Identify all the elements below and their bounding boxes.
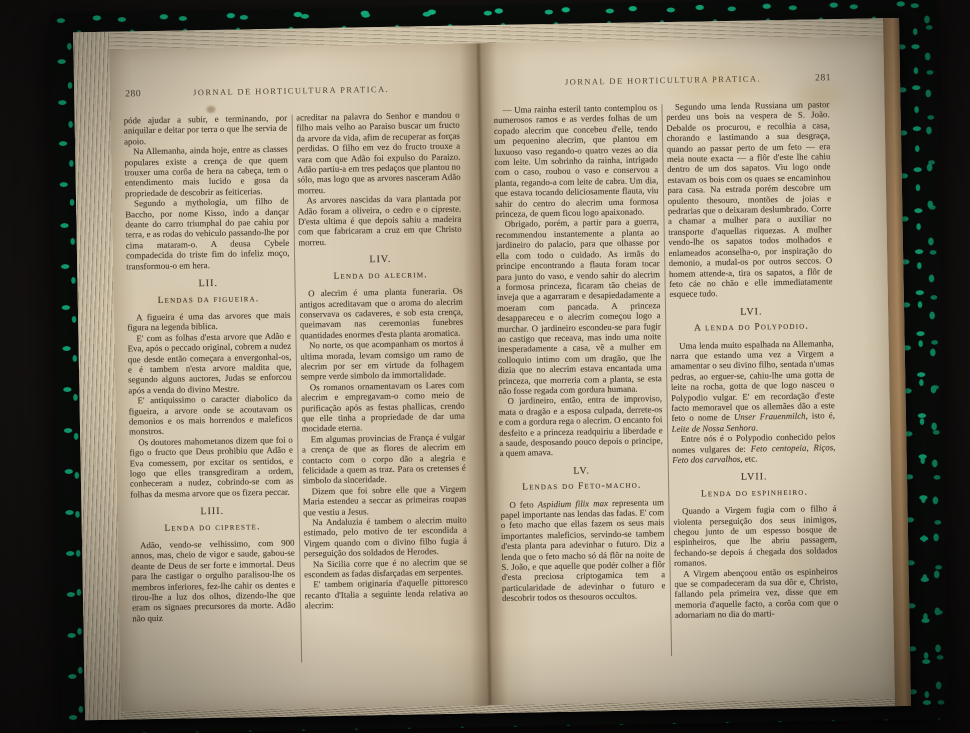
open-spread: 280 JORNAL DE HORTICULTURA PRATICA. póde… [109,36,894,711]
right-running-header-text: JORNAL DE HORTICULTURA PRATICA. [565,74,761,86]
section-number: LIV. [299,254,463,267]
section-number: LII. [126,278,290,291]
paragraph: As arvores nascidas da vara plantada por… [297,193,461,248]
paragraph: Entre nós é o Polypodio conhecido pelos … [672,431,836,465]
text-column: — Uma rainha esteril tanto contemplou os… [493,102,666,667]
paragraph: acreditar na palavra do Senhor e mandou … [296,110,461,196]
paragraph: Em algumas provincias de França é vulgar… [302,431,466,486]
paragraph: Dizem que foi sobre elle que a Virgem Ma… [303,483,467,517]
paragraph: Na Andaluzia é tambem o alecrim muito es… [303,515,467,559]
text-column: póde ajudar a subir, e terminando, por a… [124,113,297,674]
page-speck [206,106,215,113]
open-book: 280 JORNAL DE HORTICULTURA PRATICA. póde… [49,0,949,733]
paragraph: O alecrim é uma planta funeraria. Os ant… [299,286,463,341]
left-page-number: 280 [125,88,141,99]
section-number: LVII. [672,472,836,485]
paragraph: A Virgem abençoou então os espinheiros q… [674,566,838,621]
photo-background: 280 JORNAL DE HORTICULTURA PRATICA. póde… [0,0,970,733]
paragraph: E' antiquissimo o caracter diabolico da … [128,393,292,437]
right-page-number: 281 [815,72,831,83]
paragraph: Uma lenda muito espalhada na Allemanha, … [670,338,835,434]
section-title: Lendas do Feto-macho. [500,480,664,493]
paragraph: Na Sicilia corre que é no alecrim que se… [304,556,468,580]
right-page-columns: — Uma rainha esteril tanto contemplou os… [493,99,843,667]
paragraph: póde ajudar a subir, e terminando, por a… [124,113,288,147]
section-number: LVI. [670,306,834,319]
right-running-header: JORNAL DE HORTICULTURA PRATICA. 281 [493,73,833,88]
paragraph: Os doutores mahometanos dizem que foi o … [129,434,294,499]
paragraph: Obrigado, porém, a partir para a guerra,… [495,217,662,397]
section-number: LIII. [130,506,294,519]
text-column: Segundo uma lenda Russiana um pastor per… [666,99,839,664]
left-page: 280 JORNAL DE HORTICULTURA PRATICA. póde… [109,43,488,711]
paragraph: Os romanos ornamentavam os Lares com ale… [301,379,465,434]
section-number: LV. [500,465,664,478]
paragraph: Na Allemanha, ainda hoje, entre as class… [124,144,288,199]
paragraph: A figueira é uma das arvores que mais fi… [127,310,291,334]
paragraph: Segundo uma lenda Russiana um pastor per… [666,99,833,300]
page-stack: 280 JORNAL DE HORTICULTURA PRATICA. póde… [73,18,911,720]
left-running-header-text: JORNAL DE HORTICULTURA PRATICA. [193,85,389,97]
section-title: Lenda do cipreste. [131,521,295,534]
paragraph: E' tambem originaria d'aquelle pittoresc… [304,577,468,611]
paragraph: Quando a Virgem fugia com o filho á viol… [673,503,838,568]
paragraph: No norte, os que acompanham os mortos á … [300,338,464,382]
section-title: Lendas da figueira. [127,293,291,306]
section-title: A lenda do Polypodio. [670,321,834,334]
paragraph: E' com as folhas d'esta arvore que Adão … [127,330,292,395]
section-title: Lenda do alecrim. [299,269,463,282]
right-page: JORNAL DE HORTICULTURA PRATICA. 281 — Um… [477,36,894,705]
paragraph: Adão, vendo-se velhissimo, com 900 annos… [131,538,296,624]
paragraph: — Uma rainha esteril tanto contemplou os… [493,102,658,219]
text-column: acreditar na palavra do Senhor e mandou … [296,110,469,671]
paragraph: O feto Aspidium filix max representa um … [500,497,665,604]
paragraph: Segundo a mythologia, um filho de Baccho… [125,196,290,272]
left-running-header: 280 JORNAL DE HORTICULTURA PRATICA. [123,84,459,99]
left-page-columns: póde ajudar a subir, e terminando, por a… [124,110,470,674]
paragraph: O jardineiro, então, entra de improviso,… [499,394,664,459]
section-title: Lenda do espinheiro. [673,487,837,500]
